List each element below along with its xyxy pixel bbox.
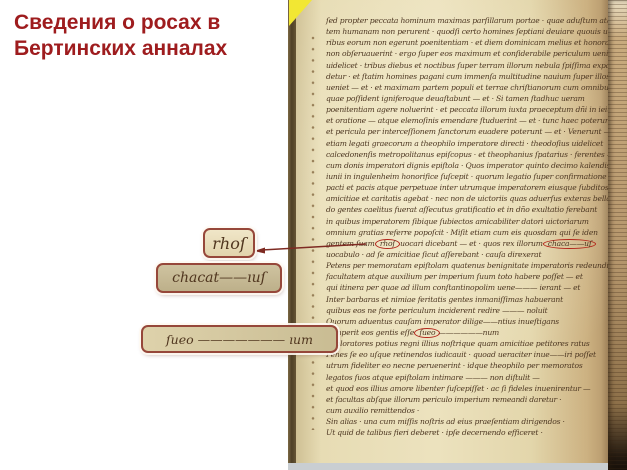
manuscript-line: Petens per memoratam epiſtolam quatenus …: [326, 260, 609, 271]
callout-rhos-label: rhoſ: [212, 234, 246, 253]
manuscript-line: iunii in ingulenheim honorifice ſuſcepit…: [326, 171, 609, 182]
manuscript-line: ribus eorum non egerunt poenitentiam · e…: [326, 37, 609, 48]
manuscript-line: non obſeruauerint · ergo ſuper eos maxim…: [326, 48, 609, 59]
manuscript-page: ſed propter peccata hominum maximas parſ…: [296, 0, 609, 463]
manuscript-line: amicitiae et caritatis agebat · nec non …: [326, 193, 609, 204]
manuscript-line: Ut quid de talibus fieri deberet · ipſe …: [326, 427, 609, 438]
manuscript-line: etiam legati graecorum a theophilo imper…: [326, 138, 609, 149]
pricking-marks: [311, 36, 316, 430]
callout-chacanus: chacat——ıuſ: [156, 263, 282, 293]
rhos-connector-arrowhead: [254, 248, 265, 254]
manuscript-line: et oratione — atque elemoſinis emendare …: [326, 115, 609, 126]
manuscript-line: do gentes caelitus fuerat aſſecutus grat…: [326, 204, 609, 215]
manuscript-line: cum donis imperatori dignis epiſtola · Q…: [326, 160, 609, 171]
manuscript-line: cum auxilio remittendos ·: [326, 405, 609, 416]
manuscript-text: ſed propter peccata hominum maximas parſ…: [326, 15, 609, 438]
callout-chacanus-label: chacat——ıuſ: [172, 270, 266, 286]
manuscript-line: gentem ſuam rhoſ uocari dicebant — et · …: [326, 238, 609, 249]
slide-title: Сведения о росах в Бертинских анналах: [14, 10, 280, 62]
manuscript-line: calcedonenſis metropolitanus epiſcopus ·…: [326, 149, 609, 160]
manuscript-line: legatos ſuos atque epiſtolam intimare ——…: [326, 372, 609, 383]
manuscript-line: quibus eos ne forte periculum inciderent…: [326, 305, 609, 316]
page-corner-marker: [289, 0, 312, 26]
manuscript-line: quae poſſident igniferoque deuaſtabunt —…: [326, 93, 609, 104]
manuscript-line: ſed propter peccata hominum maximas parſ…: [326, 15, 609, 26]
manuscript-line: pacti et pacis atque perpetuae inter utr…: [326, 182, 609, 193]
manuscript-line: ueniet — et · et maximam partem populi e…: [326, 82, 609, 93]
manuscript-line: Quorum aduentus cauſam imperator dilige—…: [326, 316, 609, 327]
manuscript-line: uocabulo · ad ſe amicitiae ſicut aſſereb…: [326, 249, 609, 260]
callout-rhos: rhoſ: [203, 228, 255, 258]
manuscript-line: utrum fideliter eo necne peruenerint · i…: [326, 360, 609, 371]
highlight-circle: ſueo: [414, 328, 440, 338]
manuscript-line: et quod eos illius amore libenter ſuſcep…: [326, 383, 609, 394]
manuscript-line: in quibus imperatorem ſibique ſubiectos …: [326, 216, 609, 227]
highlight-circle: rhoſ: [375, 239, 400, 249]
slide: Сведения о росах в Бертинских анналах ſe…: [0, 0, 627, 470]
manuscript-line: poenitentiam agere noluerint · et peccat…: [326, 104, 609, 115]
manuscript-line: omnium gratias referre popoſcit · Miſit …: [326, 227, 609, 238]
manuscript-line: uidelicet · tribus diebus et noctibus ſu…: [326, 60, 609, 71]
manuscript-line: Sin alias · una cum miſſis noſtris ad ei…: [326, 416, 609, 427]
book-fore-edge: [608, 0, 627, 470]
highlight-circle: chaca——uſ: [543, 239, 597, 249]
manuscript-line: tem humanam non perurent · quodſi certo …: [326, 26, 609, 37]
manuscript-line: qui itinera per quae ad illum conſtantin…: [326, 282, 609, 293]
manuscript-line: Penes ſe eo uſque retinendos iudicauit ·…: [326, 349, 609, 360]
manuscript-photo: ſed propter peccata hominum maximas parſ…: [288, 0, 627, 470]
callout-sueoni: ſueo ——————— ıum: [141, 325, 338, 353]
manuscript-line: detur · et ſtatim homines pagani cum imm…: [326, 71, 609, 82]
manuscript-line: facultatem atque auxilium per imperium ſ…: [326, 271, 609, 282]
manuscript-line: comperit eos gentis eſſe ſueo——————num: [326, 327, 609, 338]
manuscript-line: et facultas abſque illorum periculo impe…: [326, 394, 609, 405]
manuscript-line: Exploratores potius regni illius noſtriq…: [326, 338, 609, 349]
manuscript-line: et pericula per interceſſionem ſanctorum…: [326, 126, 609, 137]
manuscript-line: Inter barbaras et nimiae feritatis gente…: [326, 294, 609, 305]
callout-sueoni-label: ſueo ——————— ıum: [166, 332, 313, 347]
